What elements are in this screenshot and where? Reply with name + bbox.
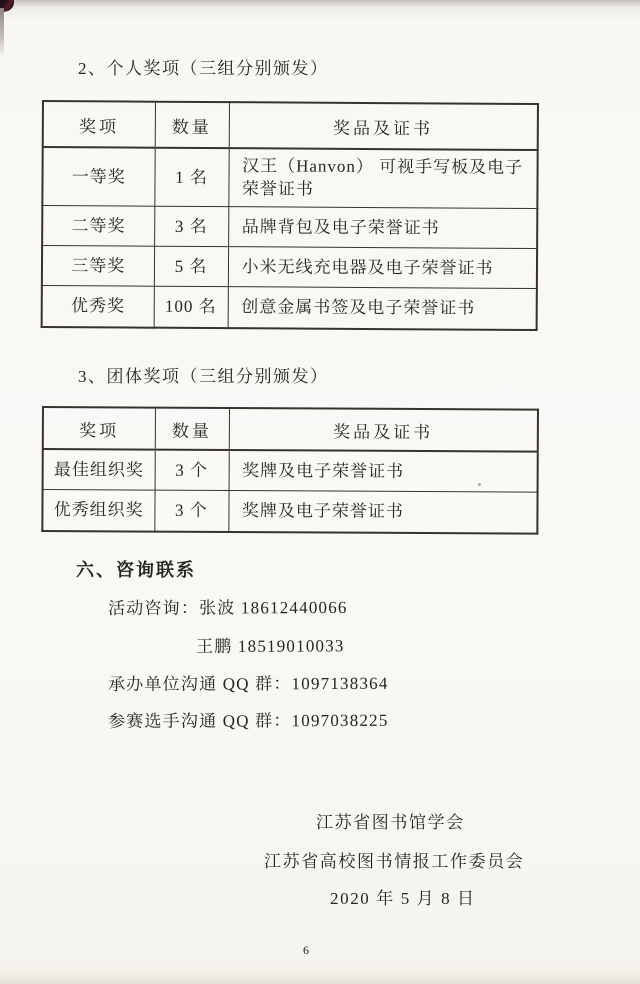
cell-prize: 奖牌及电子荣誉证书 [229, 450, 538, 492]
header-prize: 奖品及证书 [229, 102, 538, 150]
scan-edge-left [0, 8, 4, 58]
cell-award: 优秀组织奖 [42, 489, 154, 532]
individual-awards-table: 奖项 数量 奖品及证书 一等奖 1 名 汉王（Hanvon） 可视手写板及电子荣… [41, 100, 539, 331]
table-row: 优秀组织奖 3 个 奖牌及电子荣誉证书 [42, 489, 537, 534]
header-award: 奖项 [43, 101, 155, 148]
table-row: 二等奖 3 名 品牌背包及电子荣誉证书 [42, 205, 537, 248]
cell-award: 优秀奖 [42, 285, 154, 328]
table-row: 最佳组织奖 3 个 奖牌及电子荣誉证书 [43, 449, 538, 492]
section-title-contact: 六、咨询联系 [76, 556, 196, 582]
cell-prize: 奖牌及电子荣誉证书 [228, 490, 537, 534]
table-row: 一等奖 1 名 汉王（Hanvon） 可视手写板及电子荣誉证书 [42, 147, 537, 208]
cell-award: 一等奖 [42, 147, 154, 206]
contact-line-wangpeng: 王鹏 18519010033 [196, 631, 345, 657]
cell-prize: 小米无线充电器及电子荣誉证书 [228, 246, 537, 288]
cell-quantity: 1 名 [154, 148, 228, 206]
cell-award: 二等奖 [42, 205, 154, 246]
section-title-group-awards: 3、团体奖项（三组分别颁发） [78, 362, 329, 387]
cell-prize: 汉王（Hanvon） 可视手写板及电子荣誉证书 [228, 148, 537, 208]
signature-org2: 江苏省高校图书情报工作委员会 [264, 847, 524, 872]
page-number: 6 [303, 943, 309, 958]
cell-quantity: 3 个 [155, 450, 229, 490]
contact-line-organizer-qq: 承办单位沟通 QQ 群：1097138364 [108, 669, 389, 695]
signature-org1: 江苏省图书馆学会 [316, 808, 465, 833]
cell-prize: 创意金属书签及电子荣誉证书 [228, 286, 537, 330]
table-row: 优秀奖 100 名 创意金属书签及电子荣誉证书 [42, 285, 537, 330]
cell-quantity: 3 个 [154, 490, 228, 532]
cell-award: 最佳组织奖 [43, 449, 155, 490]
scanned-document-page: 2、个人奖项（三组分别颁发） 奖项 数量 奖品及证书 一等奖 1 名 汉王（Ha… [0, 0, 640, 984]
table-row: 三等奖 5 名 小米无线充电器及电子荣誉证书 [42, 245, 537, 288]
cell-prize: 品牌背包及电子荣誉证书 [228, 206, 537, 248]
contact-line-contestant-qq: 参赛选手沟通 QQ 群：1097038225 [108, 706, 389, 732]
contact-line-activity: 活动咨询：张波 18612440066 [108, 593, 348, 619]
cell-quantity: 100 名 [154, 286, 228, 328]
header-prize: 奖品及证书 [229, 408, 538, 452]
cell-award: 三等奖 [42, 245, 154, 286]
signature-date: 2020 年 5 月 8 日 [330, 884, 476, 909]
cell-quantity: 3 名 [154, 206, 228, 246]
cell-quantity: 5 名 [154, 246, 228, 286]
group-awards-table: 奖项 数量 奖品及证书 最佳组织奖 3 个 奖牌及电子荣誉证书 优秀组织奖 3 … [41, 406, 539, 535]
header-quantity: 数量 [155, 408, 229, 450]
header-award: 奖项 [43, 407, 155, 450]
table-header-row: 奖项 数量 奖品及证书 [43, 407, 538, 452]
header-quantity: 数量 [155, 102, 229, 148]
table-header-row: 奖项 数量 奖品及证书 [43, 101, 538, 150]
section-title-individual-awards: 2、个人奖项（三组分别颁发） [78, 54, 329, 79]
